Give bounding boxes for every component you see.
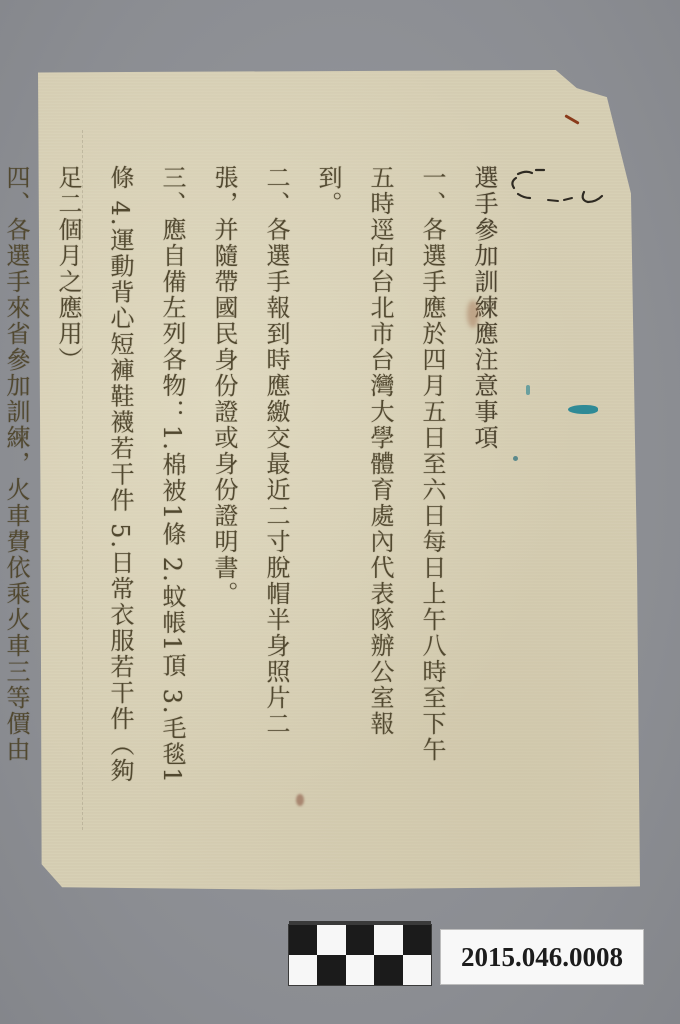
item-number: 四、 (2, 165, 30, 217)
item-number: 三、 (158, 165, 186, 217)
teal-ink-dot-small (513, 456, 518, 461)
teal-ink-dot (526, 385, 530, 395)
calibration-cell-white (317, 925, 345, 955)
item-text: 各選手來省參加訓練，火車費依乘火車三等價由代表隊發給。膳宿費自理。 (0, 165, 30, 763)
document-title: 選手參加訓練應注意事項 (458, 165, 510, 785)
accession-number-label: 2015.046.0008 (440, 929, 644, 985)
calibration-cell-black (403, 925, 431, 955)
calibration-cell-black (289, 925, 317, 955)
calibration-cell-white (289, 955, 317, 985)
calibration-cell-black (346, 925, 374, 955)
list-item-2: 二、各選手報到時應繳交最近二寸脫帽半身照片二張，并隨帶國民身份證或身份證明書。 (198, 165, 302, 785)
calibration-cell-white (374, 925, 402, 955)
item-number: 一、 (418, 165, 446, 217)
teal-ink-mark (568, 405, 598, 414)
calibration-cell-black (374, 955, 402, 985)
calibration-cell-black (317, 955, 345, 985)
list-item-1: 一、各選手應於四月五日至六日每日上午八時至下午五時逕向台北市台灣大學體育處內代表… (302, 165, 458, 785)
calibration-bar-edge (289, 921, 431, 925)
color-calibration-bar (288, 924, 432, 986)
brown-stain-small (296, 794, 304, 806)
brown-stain (467, 300, 479, 328)
calibration-cell-white (403, 955, 431, 985)
item-text: 各選手應於四月五日至六日每日上午八時至下午五時逕向台北市台灣大學體育處內代表隊辦… (314, 165, 446, 763)
item-text: 應自備左列各物：1.棉被1條 2.蚊帳1頂 3.毛毯1條 4.運動背心短褲鞋襪若… (54, 165, 186, 785)
pencil-scribble-mark (506, 158, 606, 204)
calibration-cell-white (346, 955, 374, 985)
item-number: 二、 (262, 165, 290, 217)
handwritten-text-block: 選手參加訓練應注意事項 一、各選手應於四月五日至六日每日上午八時至下午五時逕向台… (150, 165, 510, 785)
item-text: 各選手報到時應繳交最近二寸脫帽半身照片二張，并隨帶國民身份證或身份證明書。 (210, 165, 290, 737)
list-item-3: 三、應自備左列各物：1.棉被1條 2.蚊帳1頂 3.毛毯1條 4.運動背心短褲鞋… (42, 165, 198, 785)
list-item-4: 四、各選手來省參加訓練，火車費依乘火車三等價由代表隊發給。膳宿費自理。 (0, 165, 42, 785)
